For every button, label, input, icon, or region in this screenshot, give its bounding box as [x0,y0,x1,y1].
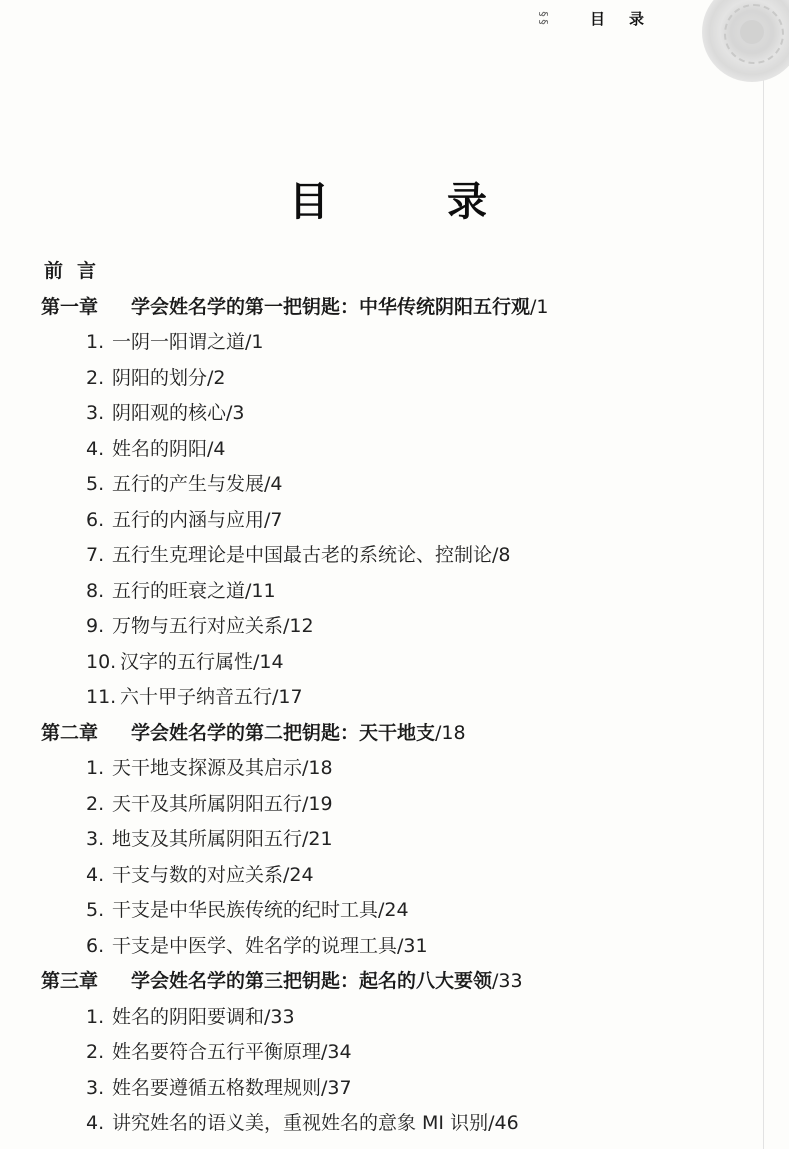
item-number: 2. [86,787,112,823]
item-number: 9. [86,609,112,645]
item-title: 姓名的阴阳 [112,438,207,460]
page-title: 目 录 [288,170,488,227]
item-title: 五行生克理论是中国最古老的系统论、控制论 [112,544,492,566]
item-number: 2. [86,1035,112,1071]
item-title: 地支及其所属阴阳五行 [112,828,302,850]
item-title: 干支与数的对应关系 [112,864,283,886]
page-title-char-1: 目 [288,170,330,227]
item-number: 2. [86,361,112,397]
item-title: 六十甲子纳音五行 [120,686,272,708]
item-title: 干支是中华民族传统的纪时工具 [112,899,378,921]
item-number: 3. [86,1071,112,1107]
item-page: /8 [492,544,511,566]
item-number: 4. [86,432,112,468]
item-number: 5. [86,893,112,929]
toc-preface[interactable]: 前言 [0,254,789,290]
item-page: /46 [488,1112,519,1134]
book-page: §§ 目录 目 录 前言 第一章学会姓名学的第一把钥匙：中华传统阴阳五行观/1 … [0,0,789,1149]
item-page: /12 [283,615,314,637]
item-title: 讲究姓名的语义美，重视姓名的意象 MI 识别 [112,1112,488,1134]
toc-item[interactable]: 4.干支与数的对应关系/24 [0,858,789,894]
toc-item[interactable]: 5.五行的产生与发展/4 [0,467,789,503]
item-number: 5. [86,467,112,503]
item-page: /7 [264,509,283,531]
preface-label: 前言 [44,260,110,282]
page-title-char-2: 录 [446,170,488,227]
item-page: /18 [302,757,333,779]
item-page: /34 [321,1041,352,1063]
toc-chapter[interactable]: 第二章学会姓名学的第二把钥匙：天干地支/18 [0,716,789,752]
item-title: 姓名的阴阳要调和 [112,1006,264,1028]
item-number: 4. [86,858,112,894]
chapter-page: /33 [492,970,523,992]
item-page: /19 [302,793,333,815]
chapter-number: 第二章 [41,716,131,752]
item-number: 1. [86,751,112,787]
toc-item[interactable]: 1.天干地支探源及其启示/18 [0,751,789,787]
decorative-ornament-icon: §§ [536,10,550,26]
toc-item[interactable]: 11.六十甲子纳音五行/17 [0,680,789,716]
item-title: 天干及其所属阴阳五行 [112,793,302,815]
seal-ornament-icon [702,0,789,82]
toc-item[interactable]: 3.阴阳观的核心/3 [0,396,789,432]
toc-item[interactable]: 7.五行生克理论是中国最古老的系统论、控制论/8 [0,538,789,574]
item-page: /1 [245,331,264,353]
chapter-title: 学会姓名学的第一把钥匙：中华传统阴阳五行观 [131,296,530,318]
toc-item[interactable]: 2.天干及其所属阴阳五行/19 [0,787,789,823]
item-number: 1. [86,325,112,361]
chapter-page: /18 [435,722,466,744]
item-title: 五行的产生与发展 [112,473,264,495]
item-title: 阴阳观的核心 [112,402,226,424]
item-page: /4 [264,473,283,495]
item-number: 6. [86,929,112,965]
toc-item[interactable]: 4.姓名的阴阳/4 [0,432,789,468]
item-title: 五行的旺衰之道 [112,580,245,602]
toc-chapter[interactable]: 第一章学会姓名学的第一把钥匙：中华传统阴阳五行观/1 [0,290,789,326]
item-number: 3. [86,822,112,858]
running-header-title: 目录 [590,8,668,29]
item-number: 11. [86,680,120,716]
toc-item[interactable]: 10.汉字的五行属性/14 [0,645,789,681]
item-page: /37 [321,1077,352,1099]
toc-item[interactable]: 3.地支及其所属阴阳五行/21 [0,822,789,858]
item-title: 姓名要遵循五格数理规则 [112,1077,321,1099]
item-number: 7. [86,538,112,574]
item-number: 8. [86,574,112,610]
item-title: 汉字的五行属性 [120,651,253,673]
item-number: 3. [86,396,112,432]
toc-item[interactable]: 5.干支是中华民族传统的纪时工具/24 [0,893,789,929]
item-page: /11 [245,580,276,602]
toc-item[interactable]: 6.干支是中医学、姓名学的说理工具/31 [0,929,789,965]
item-page: /4 [207,438,226,460]
running-header: §§ 目录 [536,6,668,30]
item-title: 天干地支探源及其启示 [112,757,302,779]
item-page: /17 [272,686,303,708]
toc-chapter[interactable]: 第三章学会姓名学的第三把钥匙：起名的八大要领/33 [0,964,789,1000]
chapter-page: /1 [530,296,549,318]
item-page: /3 [226,402,245,424]
item-number: 4. [86,1106,112,1142]
item-number: 6. [86,503,112,539]
chapter-title: 学会姓名学的第二把钥匙：天干地支 [131,722,435,744]
item-title: 万物与五行对应关系 [112,615,283,637]
toc-item[interactable]: 8.五行的旺衰之道/11 [0,574,789,610]
item-page: /24 [378,899,409,921]
table-of-contents: 前言 第一章学会姓名学的第一把钥匙：中华传统阴阳五行观/1 1.一阴一阳谓之道/… [0,254,789,1142]
toc-item[interactable]: 9.万物与五行对应关系/12 [0,609,789,645]
item-title: 姓名要符合五行平衡原理 [112,1041,321,1063]
chapter-title: 学会姓名学的第三把钥匙：起名的八大要领 [131,970,492,992]
item-page: /14 [253,651,284,673]
item-title: 五行的内涵与应用 [112,509,264,531]
chapter-number: 第三章 [41,964,131,1000]
item-title: 干支是中医学、姓名学的说理工具 [112,935,397,957]
toc-item[interactable]: 6.五行的内涵与应用/7 [0,503,789,539]
item-page: /31 [397,935,428,957]
item-page: /21 [302,828,333,850]
item-title: 一阴一阳谓之道 [112,331,245,353]
item-number: 10. [86,645,120,681]
item-title: 阴阳的划分 [112,367,207,389]
item-number: 1. [86,1000,112,1036]
item-page: /2 [207,367,226,389]
toc-item[interactable]: 1.姓名的阴阳要调和/33 [0,1000,789,1036]
item-page: /33 [264,1006,295,1028]
chapter-number: 第一章 [41,290,131,326]
toc-item[interactable]: 3.姓名要遵循五格数理规则/37 [0,1071,789,1107]
toc-item[interactable]: 2.姓名要符合五行平衡原理/34 [0,1035,789,1071]
toc-item[interactable]: 4.讲究姓名的语义美，重视姓名的意象 MI 识别/46 [0,1106,789,1142]
item-page: /24 [283,864,314,886]
toc-item[interactable]: 1.一阴一阳谓之道/1 [0,325,789,361]
toc-item[interactable]: 2.阴阳的划分/2 [0,361,789,397]
